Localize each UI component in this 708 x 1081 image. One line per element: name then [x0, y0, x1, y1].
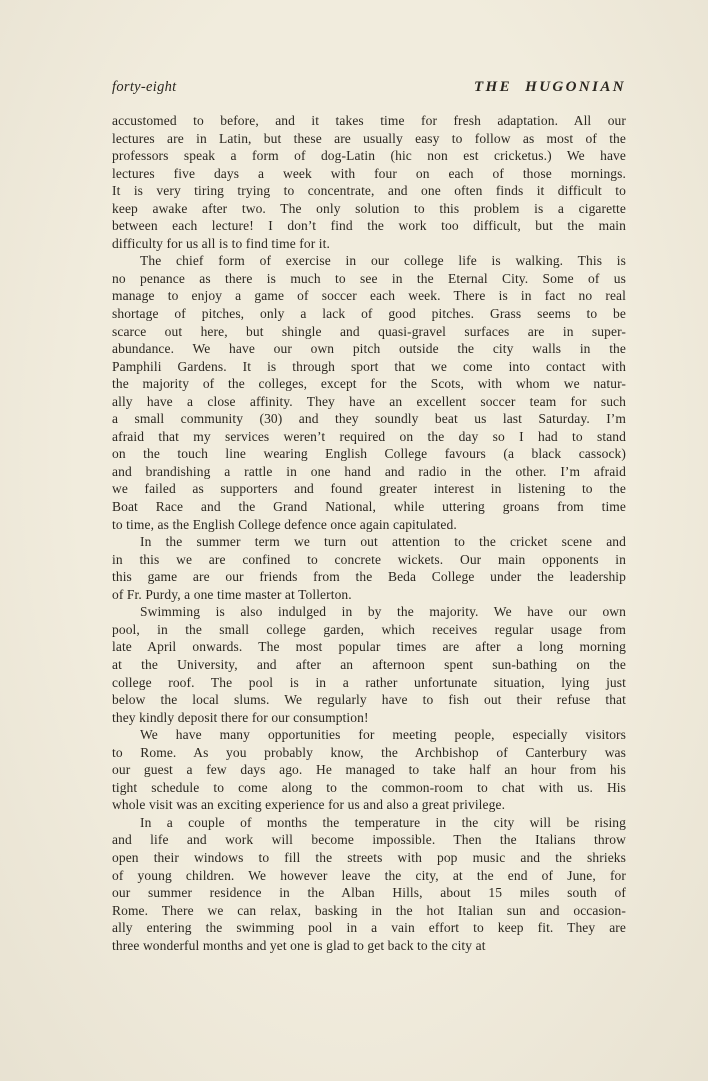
running-header: forty-eight THE HUGONIAN — [112, 79, 626, 96]
text-line: three wonderful months and yet one is gl… — [112, 937, 626, 955]
article-text: accustomed to before, and it takes time … — [112, 112, 626, 954]
text-line: We have many opportunities for meeting p… — [112, 726, 626, 744]
text-line: in this we are confined to concrete wick… — [112, 551, 626, 569]
paragraph: The chief form of exercise in our colleg… — [112, 252, 626, 533]
paragraph: We have many opportunities for meeting p… — [112, 726, 626, 814]
text-line: below the local slums. We regularly have… — [112, 691, 626, 709]
text-line: shortage of pitches, only a lack of good… — [112, 305, 626, 323]
text-line: we failed as supporters and found greate… — [112, 480, 626, 498]
publication-title: THE HUGONIAN — [474, 79, 626, 96]
text-line: tight schedule to come along to the comm… — [112, 779, 626, 797]
text-line: open their windows to fill the streets w… — [112, 849, 626, 867]
text-line: In the summer term we turn out attention… — [112, 533, 626, 551]
text-line: a small community (30) and they soundly … — [112, 410, 626, 428]
text-line: between each lecture! I don’t find the w… — [112, 217, 626, 235]
text-line: college roof. The pool is in a rather un… — [112, 674, 626, 692]
text-line: late April onwards. The most popular tim… — [112, 638, 626, 656]
text-line: at the University, and after an afternoo… — [112, 656, 626, 674]
text-line: difficulty for us all is to find time fo… — [112, 235, 626, 253]
text-line: of Fr. Purdy, a one time master at Tolle… — [112, 586, 626, 604]
text-line: ally entering the swimming pool in a vai… — [112, 919, 626, 937]
text-line: to time, as the English College defence … — [112, 516, 626, 534]
text-line: whole visit was an exciting experience f… — [112, 796, 626, 814]
paragraph: Swimming is also indulged in by the majo… — [112, 603, 626, 726]
text-line: and life and work will become impossible… — [112, 831, 626, 849]
text-line: ally have a close affinity. They have an… — [112, 393, 626, 411]
text-line: this game are our friends from the Beda … — [112, 568, 626, 586]
text-line: abundance. We have our own pitch outside… — [112, 340, 626, 358]
text-line: keep awake after two. The only solution … — [112, 200, 626, 218]
text-line: of young children. We however leave the … — [112, 867, 626, 885]
text-line: The chief form of exercise in our colleg… — [112, 252, 626, 270]
text-line: lectures five days a week with four on e… — [112, 165, 626, 183]
text-line: In a couple of months the temperature in… — [112, 814, 626, 832]
text-line: our summer residence in the Alban Hills,… — [112, 884, 626, 902]
text-line: professors speak a form of dog-Latin (hi… — [112, 147, 626, 165]
text-line: pool, in the small college garden, which… — [112, 621, 626, 639]
text-line: the majority of the colleges, except for… — [112, 375, 626, 393]
paragraph: In the summer term we turn out attention… — [112, 533, 626, 603]
text-line: manage to enjoy a game of soccer each we… — [112, 287, 626, 305]
text-line: Rome. There we can relax, basking in the… — [112, 902, 626, 920]
paragraph: accustomed to before, and it takes time … — [112, 112, 626, 252]
scanned-page: forty-eight THE HUGONIAN accustomed to b… — [0, 0, 708, 1081]
page-number-label: forty-eight — [112, 79, 177, 96]
text-line: scarce out here, but shingle and quasi-g… — [112, 323, 626, 341]
text-line: It is very tiring trying to concentrate,… — [112, 182, 626, 200]
text-line: no penance as there is much to see in th… — [112, 270, 626, 288]
text-line: and brandishing a rattle in one hand and… — [112, 463, 626, 481]
text-line: Boat Race and the Grand National, while … — [112, 498, 626, 516]
paragraph: In a couple of months the temperature in… — [112, 814, 626, 954]
text-line: Pamphili Gardens. It is through sport th… — [112, 358, 626, 376]
text-line: on the touch line wearing English Colleg… — [112, 445, 626, 463]
text-line: afraid that my services weren’t required… — [112, 428, 626, 446]
text-line: accustomed to before, and it takes time … — [112, 112, 626, 130]
text-line: our guest a few days ago. He managed to … — [112, 761, 626, 779]
text-line: they kindly deposit there for our consum… — [112, 709, 626, 727]
text-line: to Rome. As you probably know, the Archb… — [112, 744, 626, 762]
text-line: Swimming is also indulged in by the majo… — [112, 603, 626, 621]
text-line: lectures are in Latin, but these are usu… — [112, 130, 626, 148]
